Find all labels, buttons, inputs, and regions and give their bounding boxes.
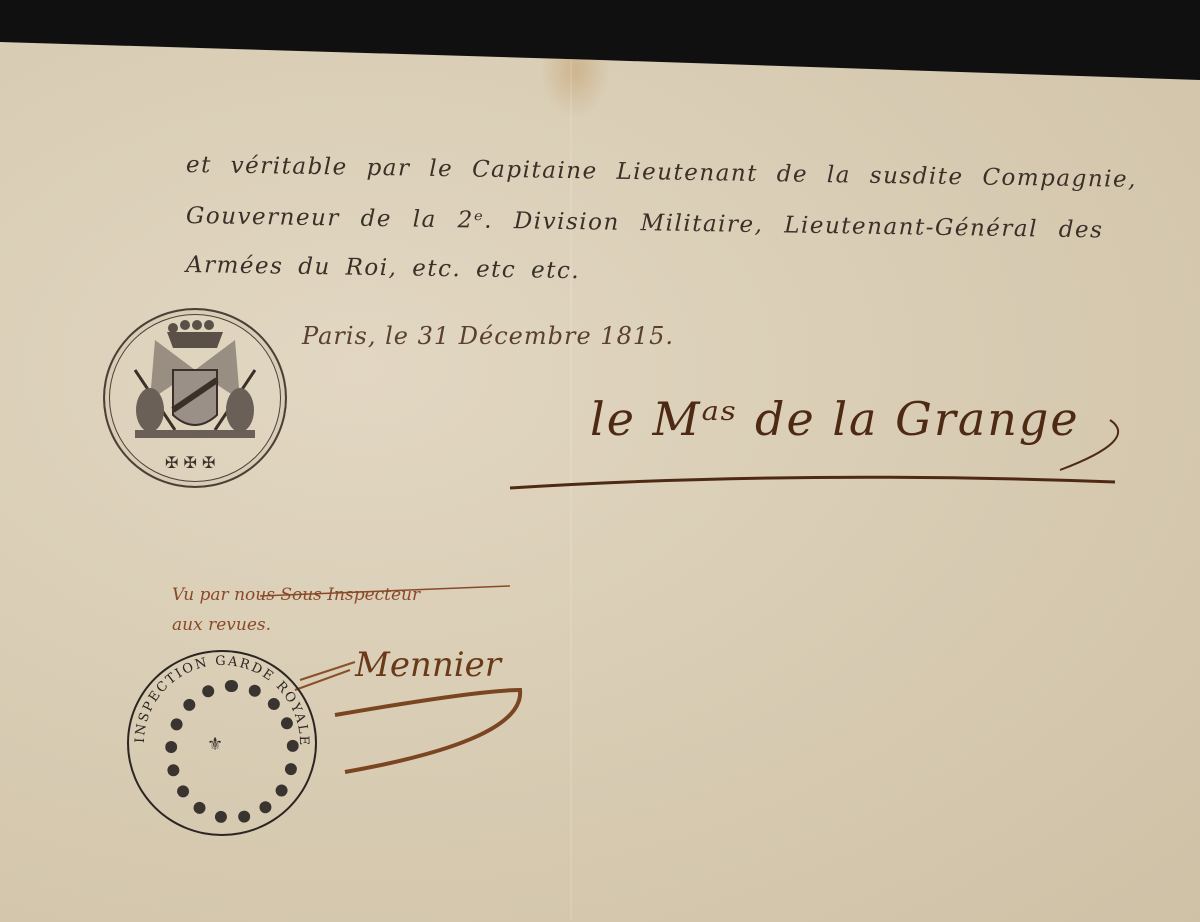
stamp-text-ring: INSPECTION GARDE ROYALE ⚜: [129, 652, 315, 834]
inspector-annotation: Vu par nous Sous Inspecteur aux revues.: [172, 580, 420, 640]
annotation-line-2: aux revues.: [172, 610, 420, 640]
secondary-signature: Mennier: [355, 645, 501, 685]
document-page: et véritable par le Capitaine Lieutenant…: [0, 0, 1200, 922]
annotation-line-1: Vu par nous Sous Inspecteur: [172, 580, 420, 610]
garde-royale-stamp-icon: INSPECTION GARDE ROYALE ⚜: [127, 650, 317, 836]
svg-text:⚜: ⚜: [207, 734, 223, 755]
